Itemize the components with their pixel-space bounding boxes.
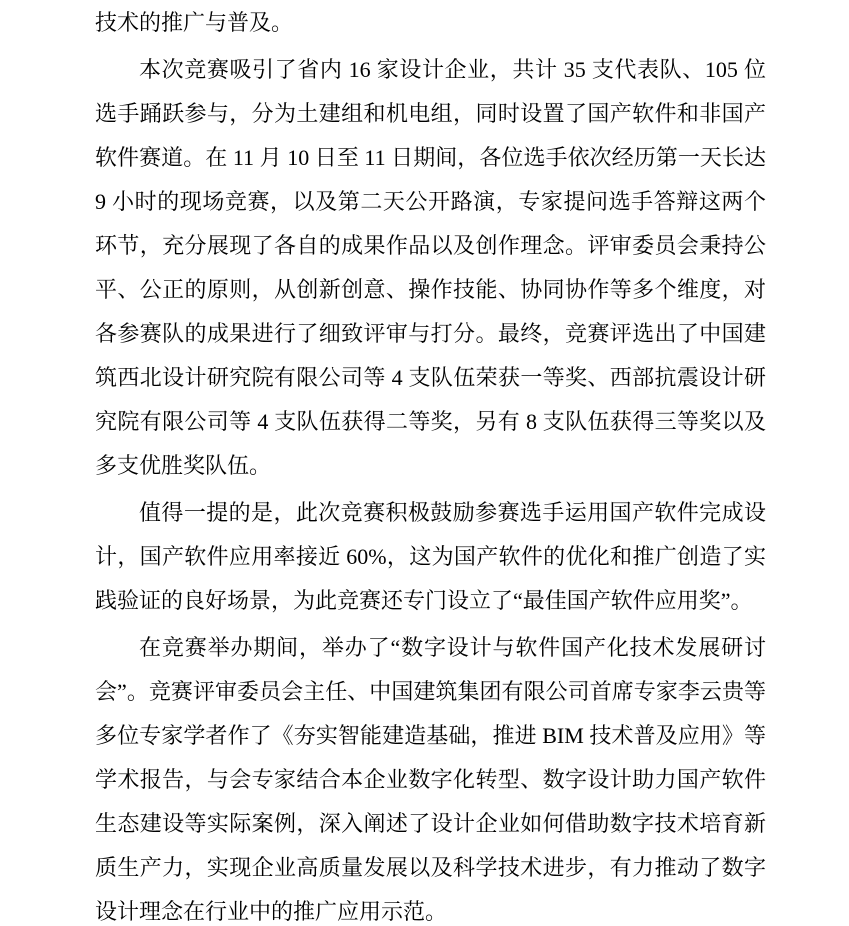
paragraph-continuation: 技术的推广与普及。 bbox=[95, 1, 766, 45]
paragraph-domestic-software-award: 值得一提的是，此次竞赛积极鼓励参赛选手运用国产软件完成设计，国产软件应用率接近 … bbox=[95, 491, 766, 623]
document-page: 技术的推广与普及。 本次竞赛吸引了省内 16 家设计企业，共计 35 支代表队、… bbox=[0, 0, 849, 926]
paragraph-seminar-reports: 在竞赛举办期间，举办了“数字设计与软件国产化技术发展研讨会”。竞赛评审委员会主任… bbox=[95, 626, 766, 926]
paragraph-competition-overview: 本次竞赛吸引了省内 16 家设计企业，共计 35 支代表队、105 位选手踊跃参… bbox=[95, 48, 766, 488]
